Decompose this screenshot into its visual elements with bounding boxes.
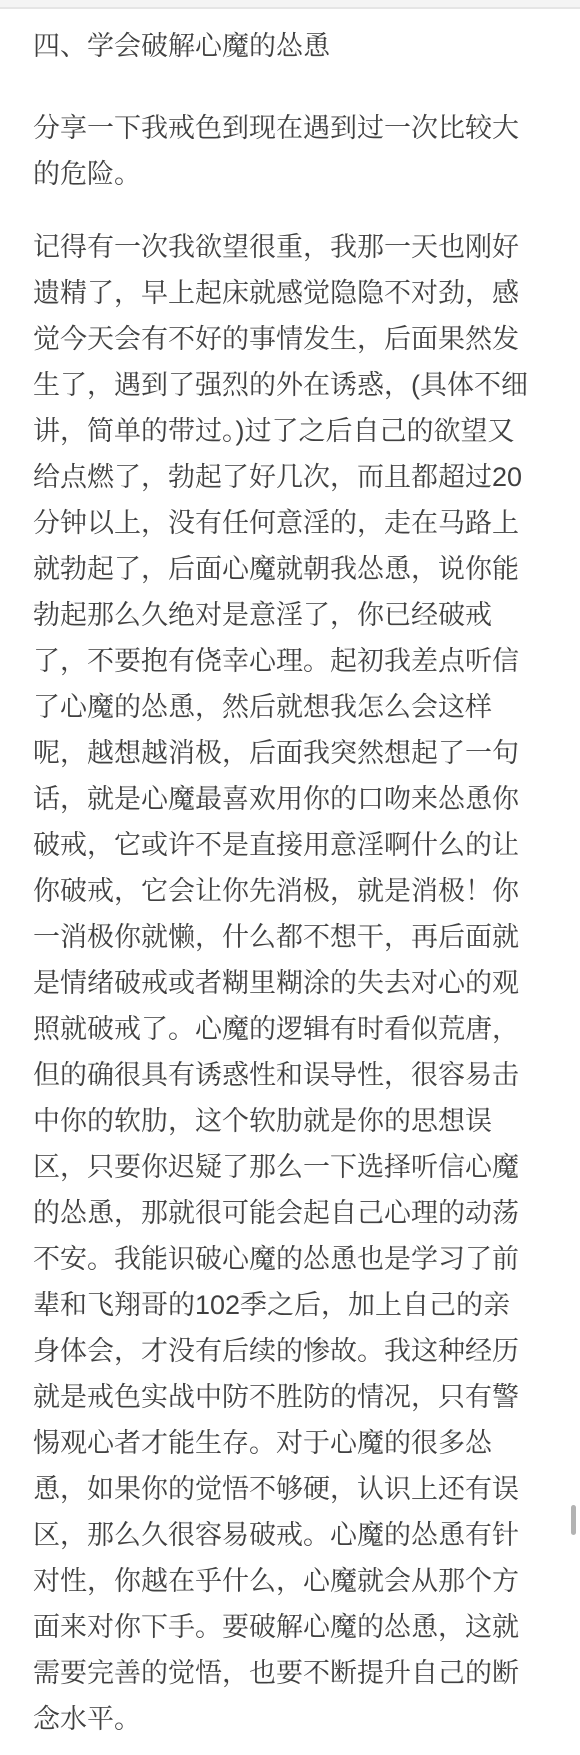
- text-line: 给点燃了，勃起了好几次，而且都超过20: [33, 454, 549, 500]
- text-line: 你破戒，它会让你先消极，就是消极！你: [33, 868, 549, 914]
- text-line: 了心魔的怂恿，然后就想我怎么会这样: [33, 684, 549, 730]
- text-line: 一消极你就懒，什么都不想干，再后面就: [33, 914, 549, 960]
- text-line: 了，不要抱有侥幸心理。起初我差点听信: [33, 638, 549, 684]
- text-line: 中你的软肋，这个软肋就是你的思想误: [33, 1098, 549, 1144]
- text-line: 讲，简单的带过。)过了之后自己的欲望又: [33, 408, 549, 454]
- text-line: 觉今天会有不好的事情发生，后面果然发: [33, 316, 549, 362]
- text-line: 照就破戒了。心魔的逻辑有时看似荒唐，: [33, 1006, 549, 1052]
- text-line: 区，只要你迟疑了那么一下选择听信心魔: [33, 1144, 549, 1190]
- text-line: 遗精了，早上起床就感觉隐隐不对劲，感: [33, 270, 549, 316]
- text-line: 身体会，才没有后续的惨故。我这种经历: [33, 1328, 549, 1374]
- text-line: 话，就是心魔最喜欢用你的口吻来怂恿你: [33, 776, 549, 822]
- text-line: 面来对你下手。要破解心魔的怂恿，这就: [33, 1604, 549, 1650]
- text-line: 呢，越想越消极，后面我突然想起了一句: [33, 730, 549, 776]
- text-line: 的危险。: [33, 151, 549, 197]
- text-line: 勃起那么久绝对是意淫了，你已经破戒: [33, 592, 549, 638]
- text-line: 破戒，它或许不是直接用意淫啊什么的让: [33, 822, 549, 868]
- text-line: 辈和飞翔哥的102季之后，加上自己的亲: [33, 1282, 549, 1328]
- text-line: 对性，你越在乎什么，心魔就会从那个方: [33, 1558, 549, 1604]
- text-line: 是情绪破戒或者糊里糊涂的失去对心的观: [33, 960, 549, 1006]
- status-bar-remnant: [0, 0, 580, 9]
- text-line: 惕观心者才能生存。对于心魔的很多怂: [33, 1420, 549, 1466]
- text-line: 需要完善的觉悟，也要不断提升自己的断: [33, 1650, 549, 1696]
- text-line: 生了，遇到了强烈的外在诱惑，(具体不细: [33, 362, 549, 408]
- scrollbar-thumb[interactable]: [571, 1505, 576, 1535]
- paragraph: 分享一下我戒色到现在遇到过一次比较大的危险。: [33, 105, 549, 197]
- text-line: 就是戒色实战中防不胜防的情况，只有警: [33, 1374, 549, 1420]
- text-line: 分享一下我戒色到现在遇到过一次比较大: [33, 105, 549, 151]
- text-line: 的怂恿，那就很可能会起自己心理的动荡: [33, 1190, 549, 1236]
- paragraph: 记得有一次我欲望很重，我那一天也刚好遗精了，早上起床就感觉隐隐不对劲，感觉今天会…: [33, 224, 549, 1742]
- text-line: 念水平。: [33, 1696, 549, 1742]
- text-line: 就勃起了，后面心魔就朝我怂恿，说你能: [33, 546, 549, 592]
- article-body: 四、学会破解心魔的怂恿 分享一下我戒色到现在遇到过一次比较大的危险。记得有一次我…: [33, 23, 549, 1742]
- text-line: 恿，如果你的觉悟不够硬，认识上还有误: [33, 1466, 549, 1512]
- text-line: 区，那么久很容易破戒。心魔的怂恿有针: [33, 1512, 549, 1558]
- text-line: 分钟以上，没有任何意淫的，走在马路上: [33, 500, 549, 546]
- text-line: 记得有一次我欲望很重，我那一天也刚好: [33, 224, 549, 270]
- section-heading: 四、学会破解心魔的怂恿: [33, 23, 549, 69]
- text-line: 但的确很具有诱惑性和误导性，很容易击: [33, 1052, 549, 1098]
- paragraph-container: 分享一下我戒色到现在遇到过一次比较大的危险。记得有一次我欲望很重，我那一天也刚好…: [33, 105, 549, 1742]
- text-line: 不安。我能识破心魔的怂恿也是学习了前: [33, 1236, 549, 1282]
